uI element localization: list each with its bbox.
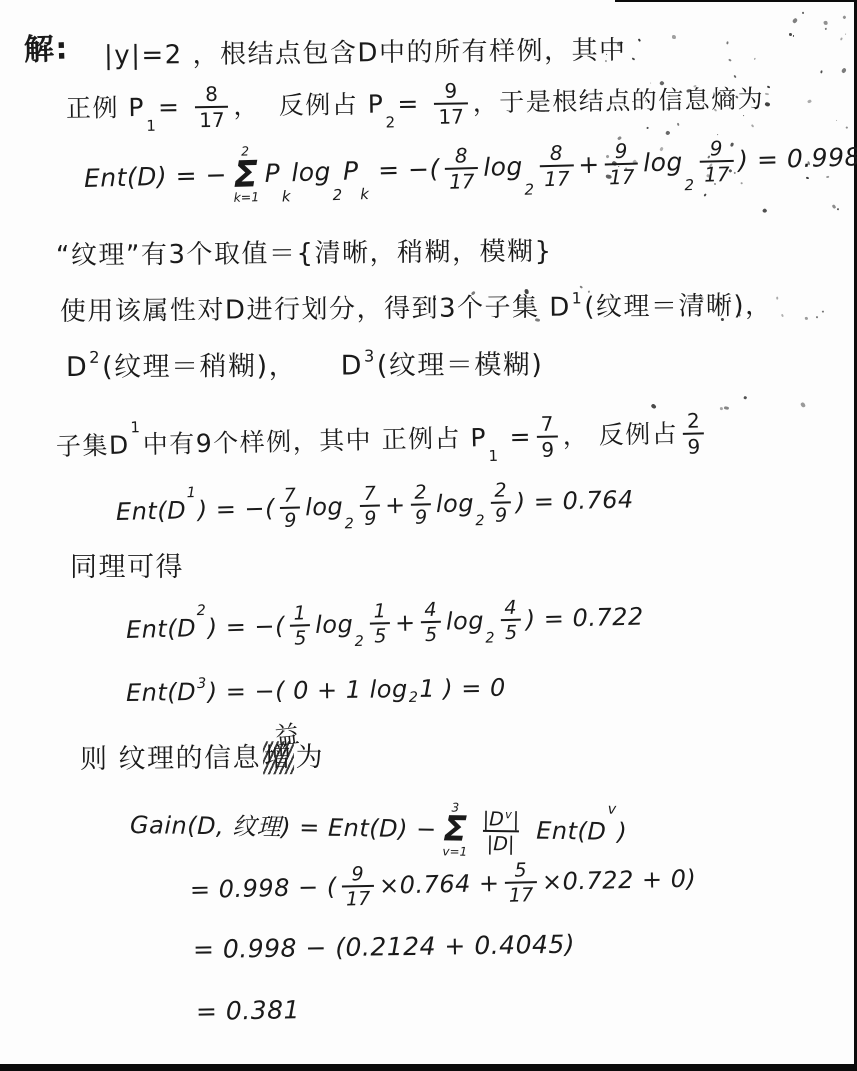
text-run: Ent(D [126, 679, 197, 708]
fraction: 817 [539, 142, 574, 190]
superscript: 1 [186, 485, 196, 502]
scan-edge-bottom [0, 1064, 857, 1071]
text-run: = [397, 90, 429, 119]
scan-speckle [672, 34, 676, 38]
text-run: ，于是根结点的信息熵为 [473, 85, 765, 118]
fraction-numerator: |Dv| [479, 807, 524, 830]
fraction-numerator: 2 [683, 410, 704, 432]
text-run: 则 纹理的信息 [80, 742, 261, 775]
text-run: ) = 0.722 [525, 603, 644, 634]
text-run: Ent(D [126, 615, 197, 644]
text-run: log [315, 611, 354, 640]
scan-speckle [777, 297, 779, 300]
superscript: 1 [572, 290, 584, 308]
fraction: 817 [444, 145, 479, 193]
scan-speckle [765, 93, 769, 95]
text-run: = [158, 93, 190, 122]
fraction: 45 [420, 600, 441, 646]
subscript: 1 [488, 447, 499, 464]
fraction: 15 [369, 601, 390, 647]
text-run: 正例 P [66, 94, 145, 124]
fraction-numerator: 7 [537, 413, 558, 435]
fraction-denominator: 17 [342, 885, 375, 910]
fraction-denominator: 17 [605, 162, 639, 188]
fraction-numerator: 9 [440, 80, 461, 102]
fraction: 29 [683, 410, 705, 457]
fraction-numerator: 2 [410, 482, 431, 504]
superscript: 2 [196, 603, 206, 620]
fraction-numerator: 4 [500, 598, 521, 620]
fraction: 917 [341, 864, 374, 910]
text-run: Ent(D [528, 818, 607, 847]
fraction-denominator: 17 [434, 102, 468, 127]
fraction-denominator: 17 [505, 881, 538, 906]
line-root-node-intro: |y|=2 ，根结点包含D中的所有样例，其中 [104, 37, 627, 72]
text-run: (纹理＝模糊) [377, 350, 544, 382]
superscript: v [608, 802, 617, 819]
superscript: 1 [130, 419, 141, 436]
fraction: 917 [699, 137, 734, 185]
scan-speckle [843, 15, 847, 19]
formula-ent-d: Ent(D) = −2Σk=1Pklog2Pk = −(817log2817+9… [83, 128, 857, 208]
text-run: P [343, 157, 359, 186]
text-run: 子集D [56, 432, 130, 462]
summation: 2Σk=1 [232, 145, 259, 204]
text-run: ×0.764 + [379, 870, 500, 900]
text-run: log [305, 493, 344, 522]
fraction: 45 [500, 598, 521, 644]
fraction: 79 [279, 486, 300, 532]
formula-ent-d2: Ent(D2) = −(15log215+45log245) = 0.722 [125, 594, 644, 653]
scan-speckle [841, 67, 847, 73]
scan-speckle [832, 205, 836, 209]
fraction-numerator: 2 [490, 480, 511, 502]
fraction-numerator: 8 [450, 145, 471, 168]
fraction: 917 [434, 80, 468, 127]
fraction-denominator: 9 [491, 502, 512, 527]
fraction-denominator: |D| [483, 830, 519, 855]
text-run: 中有9个样例，其中 正例占 P [142, 424, 487, 460]
fraction-denominator: 5 [421, 621, 442, 646]
text-run: (纹理＝稍糊)， D [102, 350, 363, 382]
fraction: 517 [504, 860, 537, 906]
text-run: | [513, 807, 520, 830]
formula-ent-d3: Ent(D3) = −( 0 + 1 log21 ) = 0 [126, 675, 506, 708]
text-run: D [66, 352, 88, 383]
fraction: |Dv||D| [478, 807, 523, 854]
subscript: 2 [344, 516, 354, 533]
scan-speckle [751, 124, 755, 128]
sigma-symbol: Σ [443, 814, 467, 847]
scan-speckle [825, 28, 827, 31]
sigma-symbol: Σ [233, 157, 259, 192]
superscript: 3 [364, 347, 376, 366]
answer-label: 解: [23, 32, 69, 68]
line-texture-values: “纹理”有3个取值＝{清晰，稍糊，模糊} [56, 238, 553, 272]
subscript: 2 [485, 630, 495, 647]
line-gain-result: = 0.381 [196, 996, 300, 1027]
subscript: 2 [409, 690, 419, 707]
text-run: “纹理”有3个取值＝{清晰，稍糊，模糊} [56, 238, 553, 272]
scan-speckle [816, 316, 819, 319]
subscript: 2 [475, 513, 485, 530]
correction-character: 益 [273, 720, 302, 751]
text-run: log [436, 490, 475, 519]
text-run: + [578, 150, 600, 179]
fraction-denominator: 5 [290, 624, 311, 649]
scanned-page: 解: |y|=2 ，根结点包含D中的所有样例，其中 正例 P1= 817， 反例… [0, 0, 857, 1071]
summation: 3Σv=1 [442, 802, 468, 858]
line-gain-step2: = 0.998 − (0.2124 + 0.4045) [193, 931, 575, 965]
scan-speckle [632, 58, 635, 61]
summation-lower-limit: v=1 [442, 847, 467, 859]
scan-speckle [800, 401, 806, 408]
subscript: 1 [146, 117, 157, 134]
superscript: 3 [197, 676, 207, 693]
scan-speckle [824, 21, 828, 25]
subscript: k [282, 188, 292, 205]
text-run: = [500, 423, 533, 452]
text-run: = 0.381 [196, 996, 300, 1027]
fraction-numerator: 8 [201, 84, 222, 106]
text-run: + [385, 492, 406, 520]
scan-speckle [789, 33, 792, 36]
scan-speckle [845, 34, 846, 36]
text-run: ， 反例占 P [233, 91, 384, 122]
text-run: = 0.998 − (0.2124 + 0.4045) [193, 931, 575, 965]
fraction-denominator: 9 [683, 432, 704, 457]
text-run: = −( [369, 155, 440, 186]
scan-speckle [726, 41, 728, 44]
scan-speckle [763, 208, 768, 213]
scan-speckle [792, 17, 798, 23]
subscript: 2 [354, 634, 364, 651]
line-info-gain-intro: 则 纹理的信息增益为 [80, 742, 324, 775]
scan-speckle [837, 208, 839, 210]
text-run: ) = −( 0 + 1 log [208, 676, 408, 706]
fraction-numerator: 7 [279, 486, 300, 508]
scan-speckle [805, 317, 809, 321]
fraction: 79 [359, 484, 380, 530]
fraction-denominator: 17 [700, 159, 734, 185]
fraction-numerator: 5 [510, 860, 531, 882]
line-subsets-d2-d3: D2(纹理＝稍糊)， D3(纹理＝模糊) [66, 350, 544, 384]
scan-edge-top [615, 0, 857, 2]
summation-lower-limit: k=1 [233, 191, 259, 204]
text-run: log [291, 158, 331, 188]
formula-ent-d1: Ent(D1) = −(79log279+29log229) = 0.764 [115, 477, 634, 535]
fraction-denominator: 9 [280, 507, 301, 532]
fraction-numerator: 1 [289, 603, 310, 625]
scan-speckle [801, 11, 804, 14]
fraction-numerator: 8 [546, 142, 567, 165]
text-run: = 0.998 − ( [190, 874, 337, 905]
scan-speckle [724, 406, 729, 410]
text-run: 同理可得 [70, 552, 184, 583]
text-run: 1 ) = 0 [419, 675, 506, 704]
text-run: log [483, 152, 523, 182]
fraction-numerator: 9 [706, 138, 727, 161]
subscript: 2 [385, 114, 396, 131]
text-run: |D [483, 807, 505, 830]
text-run: Gain(D, 纹理) = Ent(D) − [130, 812, 437, 844]
scan-speckle [728, 59, 731, 62]
fraction: 15 [289, 603, 310, 649]
scan-speckle [836, 119, 838, 121]
scan-speckle [840, 37, 843, 40]
fraction-denominator: 5 [501, 619, 522, 644]
scan-speckle [637, 39, 640, 42]
fraction-denominator: 17 [540, 164, 574, 190]
line-partition-subsets: 使用该属性对D进行划分，得到3个子集 D1(纹理＝清晰)， [60, 292, 773, 328]
text-run: 使用该属性对D进行划分，得到3个子集 D [60, 294, 571, 328]
fraction-denominator: 9 [537, 435, 558, 460]
superscript: 2 [89, 349, 101, 368]
superscript: v [505, 807, 512, 821]
scan-speckle [703, 193, 706, 196]
scan-speckle [720, 407, 723, 410]
text-run: ) [617, 819, 627, 847]
subscript: 2 [684, 177, 695, 195]
text-run: log [643, 148, 683, 178]
subscript: 2 [332, 187, 343, 205]
fraction: 29 [490, 480, 511, 526]
scan-speckle [808, 99, 812, 103]
text-run: ) = 0.764 [516, 486, 635, 516]
fraction-numerator: 4 [420, 600, 441, 622]
fraction: 29 [410, 482, 431, 528]
fraction-numerator: 9 [347, 864, 368, 886]
text-run: ×0.722 + 0) [542, 865, 697, 896]
text-run: ) = −( [197, 495, 275, 524]
text-run: + [395, 609, 416, 637]
fraction: 817 [195, 84, 229, 131]
fraction-denominator: 17 [445, 167, 479, 193]
fraction: 79 [537, 413, 559, 460]
fraction-denominator: 17 [195, 106, 229, 131]
subscript: 2 [524, 181, 535, 199]
fraction: 917 [604, 140, 639, 188]
scan-speckle [765, 101, 771, 106]
scan-speckle [766, 86, 770, 89]
scan-speckle [743, 396, 747, 400]
fraction-numerator: 1 [369, 601, 390, 623]
text-run: ) = 0.998 [738, 143, 857, 175]
scan-speckle [651, 403, 657, 409]
fraction-denominator: 9 [411, 503, 432, 528]
text-run: Ent(D) = − [84, 161, 228, 194]
scan-speckle [754, 58, 756, 60]
fraction-denominator: 9 [360, 505, 381, 530]
text-run: log [446, 607, 485, 636]
fraction-denominator: 5 [370, 622, 391, 647]
fraction-numerator: 9 [610, 140, 631, 163]
line-p1-p2-proportions: 正例 P1= 817， 反例占 P2= 917，于是根结点的信息熵为 [66, 76, 765, 133]
line-d1-description: 子集D1中有9个样例，其中 正例占 P1 =79， 反例占29 [56, 410, 710, 471]
scan-speckle [792, 34, 794, 36]
text-run: (纹理＝清晰)， [584, 292, 773, 324]
formula-gain: Gain(D, 纹理) = Ent(D) −3Σv=1|Dv||D| Ent(D… [130, 798, 628, 861]
scan-speckle [822, 311, 824, 313]
subscript: k [360, 186, 370, 203]
scan-speckle [781, 313, 784, 317]
text-run: |y|=2 ，根结点包含D中的所有样例，其中 [104, 37, 627, 72]
text-run: ， 反例占 [562, 420, 678, 451]
text-run: Ent(D [116, 497, 187, 526]
scan-speckle [647, 126, 649, 128]
text-run: P [264, 159, 280, 188]
correction: 增益 [264, 742, 293, 773]
line-gain-step1: = 0.998 − (917×0.764 +517×0.722 + 0) [189, 857, 696, 914]
text-run: ) = −( [207, 613, 285, 643]
fraction-numerator: 7 [359, 484, 380, 506]
line-similarly: 同理可得 [70, 552, 184, 583]
scan-speckle [820, 70, 822, 73]
